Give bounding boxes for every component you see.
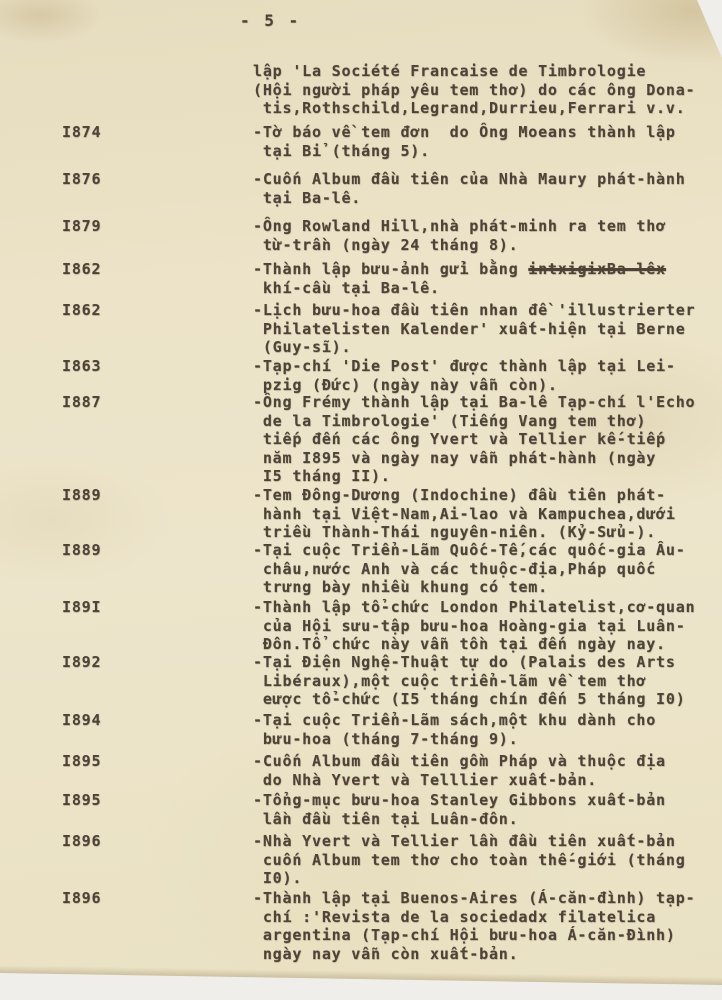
entry-text: -Tờ báo về tem đơn do Ông Moeans thành l… (253, 123, 722, 160)
entry-text: -Tạp-chí 'Die Post' được thành lập tại L… (253, 357, 722, 394)
entry-year: I879 (62, 217, 101, 236)
entry-text: -Nhà Yvert và Tellier lần đầu tiên xuất-… (253, 832, 722, 888)
entry-year: I889 (62, 486, 101, 505)
entry-text-before-strike: -Thành lập bưu-ảnh gửi bằng (253, 260, 528, 278)
entry-text: -Cuốn Album đầu tiên gồm Pháp và thuộc đ… (253, 752, 722, 789)
entry-year: I862 (62, 260, 101, 279)
entry-text-after-strike: khí-cầu tại Ba-lê. (253, 279, 440, 297)
entry-text: lập 'La Société Francaise de Timbrologie… (253, 62, 722, 118)
entry-year: I889 (62, 541, 101, 560)
entry-year: I894 (62, 711, 101, 730)
entry-year: I892 (62, 653, 101, 672)
entry-text: -Tại cuộc Triển-Lãm sách,một khu dành ch… (253, 711, 722, 748)
entry-text: -Thành lập bưu-ảnh gửi bằng intxigixBa-l… (253, 260, 722, 297)
entry-year: I895 (62, 752, 101, 771)
scanned-document-page: - 5 - lập 'La Société Francaise de Timbr… (0, 0, 722, 1000)
entry-text: -Ông Rowland Hill,nhà phát-minh ra tem t… (253, 217, 722, 254)
entry-year: I862 (62, 301, 101, 320)
entry-text: -Ông Frémy thành lập tại Ba-lê Tạp-chí l… (253, 393, 722, 486)
entry-year: I887 (62, 393, 101, 412)
entry-text: -Tổng-mục bưu-hoa Stanley Gibbons xuất-b… (253, 791, 722, 828)
entry-text: -Thành lập tổ-chức London Philatelist,cơ… (253, 598, 722, 654)
entry-text: -Tại Điện Nghệ-Thuật tự do (Palais des A… (253, 653, 722, 709)
entry-year: I896 (62, 889, 101, 908)
entry-year: I876 (62, 170, 101, 189)
entry-year: I895 (62, 791, 101, 810)
entry-text: -Tại cuộc Triển-Lãm Quốc-Tế,các quốc-gia… (253, 541, 722, 597)
entry-year: I89I (62, 598, 101, 617)
struck-out-text: intxigixBa-lêx (528, 260, 666, 278)
page-number: - 5 - (240, 12, 301, 31)
entry-year: I863 (62, 357, 101, 376)
entry-text: -Lịch bưu-hoa đầu tiên nhan đề 'illustri… (253, 301, 722, 357)
paper-bottom-edge (0, 965, 722, 987)
entry-text: -Tem Đông-Dương (Indochine) đầu tiên phá… (253, 486, 722, 542)
entry-year: I896 (62, 832, 101, 851)
entry-year: I874 (62, 123, 101, 142)
entry-text: -Cuốn Album đầu tiên của Nhà Maury phát-… (253, 170, 722, 207)
entry-text: -Thành lập tại Buenos-Aires (Á-căn-đình)… (253, 889, 722, 963)
